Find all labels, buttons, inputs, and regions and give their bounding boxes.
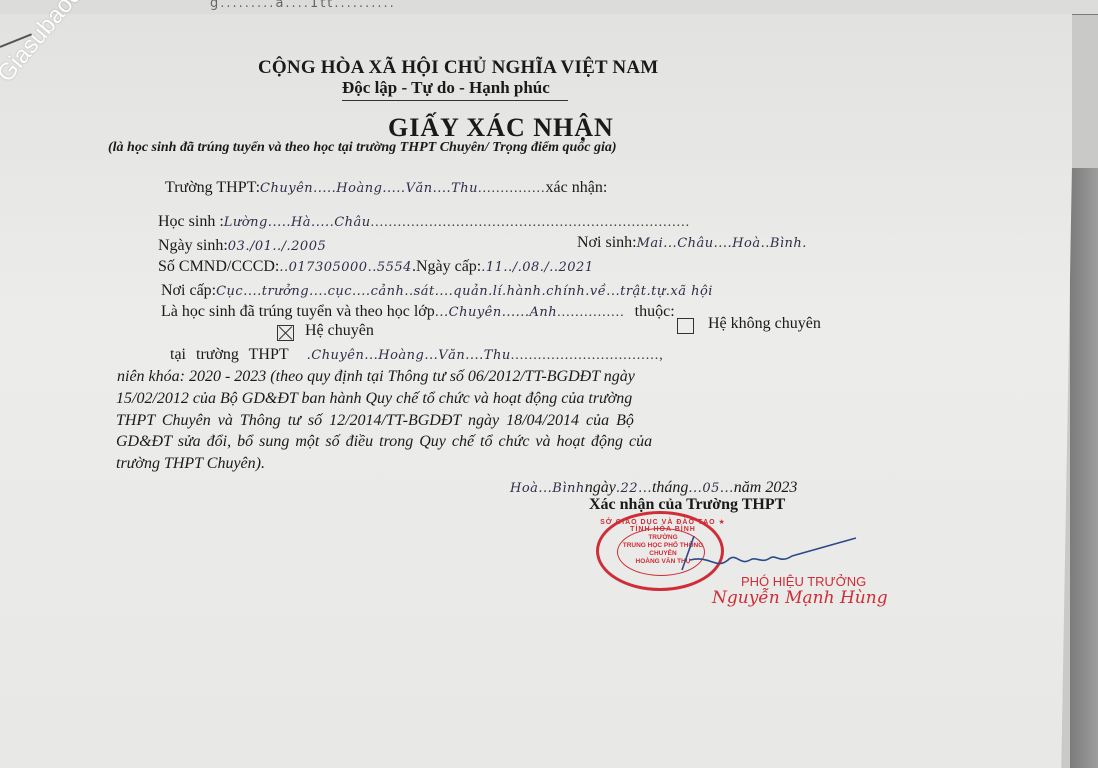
document-title: GIẤY XÁC NHẬN: [388, 113, 614, 143]
previous-page-edge: g.........a....1tt..........: [0, 0, 1098, 15]
nation-header: CỘNG HÒA XÃ HỘI CHỦ NGHĨA VIỆT NAM: [258, 57, 658, 79]
issue-date-label: .Ngày cấp:: [412, 258, 481, 275]
year-label: năm 2023: [734, 479, 798, 496]
at-school-label: tại trường THPT: [170, 346, 289, 363]
field-student: Học sinh :Lường.....Hà.....Châu.........…: [158, 213, 690, 231]
day-value: .22...: [616, 481, 652, 496]
paragraph-line: niên khóa: 2020 - 2023 (theo quy định tạ…: [117, 368, 635, 386]
motto: Độc lập - Tự do - Hạnh phúc: [342, 78, 550, 98]
field-id: Số CMND/CCCD:..017305000..5554.Ngày cấp:…: [158, 258, 594, 276]
id-label: Số CMND/CCCD:: [158, 258, 279, 275]
specialized-label: Hệ chuyên: [305, 322, 374, 340]
background-surface: [1070, 168, 1098, 768]
paragraph-text: THPT Chuyên và Thông tư số 12/2014/TT-BG…: [116, 412, 634, 429]
field-school: Trường THPT:Chuyên.....Hoàng.....Văn....…: [165, 179, 607, 197]
paragraph-text: GD&ĐT sửa đổi, bổ sung một số điều trong…: [116, 433, 652, 450]
school-label: Trường THPT:: [165, 179, 260, 196]
class-label: Là học sinh đã trúng tuyển và theo học l…: [161, 303, 435, 320]
dotted-fill: ...............: [557, 305, 625, 320]
date-place: Hoà...Bình: [510, 481, 585, 496]
confirm-heading: Xác nhận của Trường THPT: [589, 496, 785, 514]
issued-by-label: Nơi cấp:: [161, 282, 216, 299]
at-school-value: .Chuyên...Hoàng...Văn....Thu: [307, 348, 511, 363]
dob-label: Ngày sinh:: [158, 237, 228, 254]
non-specialized-label: Hệ không chuyên: [708, 315, 821, 333]
motto-underline: [342, 100, 568, 101]
paragraph-text: trường THPT Chuyên).: [116, 455, 265, 472]
day-label: ngày: [585, 479, 616, 496]
month-value: ...05...: [688, 481, 733, 496]
paragraph-text: 15/02/2012 của Bộ GD&ĐT ban hành Quy chế…: [116, 390, 632, 407]
paragraph-text: niên khóa: 2020 - 2023 (theo quy định tạ…: [117, 368, 635, 385]
student-value: Lường.....Hà.....Châu: [224, 215, 371, 230]
non-specialized-checkbox[interactable]: [677, 318, 694, 334]
paragraph-line: trường THPT Chuyên).: [116, 455, 265, 473]
student-label: Học sinh :: [158, 213, 224, 230]
dotted-fill: .................................,: [511, 348, 664, 363]
issue-date-value: .11../.08./..2021: [481, 260, 593, 275]
signer-role: PHÓ HIỆU TRƯỞNG: [741, 574, 866, 589]
school-suffix: xác nhận:: [546, 179, 608, 196]
field-issued-by: Nơi cấp:Cục....trưởng....cục....cảnh..sá…: [161, 282, 713, 300]
dob-value: 03./01../.2005: [228, 239, 326, 254]
specialized-checkbox[interactable]: [277, 325, 294, 341]
signer-name: Nguyễn Mạnh Hùng: [712, 588, 888, 608]
class-suffix: thuộc:: [635, 303, 675, 320]
issued-by-value: Cục....trưởng....cục....cảnh..sát....quả…: [216, 284, 713, 299]
pob-value: Mai...Châu....Hoà..Bình.: [637, 236, 807, 251]
document-subtitle: (là học sinh đã trúng tuyển và theo học …: [108, 140, 617, 156]
paragraph-line: THPT Chuyên và Thông tư số 12/2014/TT-BG…: [116, 412, 634, 430]
dotted-fill: ........................................…: [371, 215, 691, 230]
field-pob: Nơi sinh:Mai...Châu....Hoà..Bình.: [577, 234, 807, 252]
pob-label: Nơi sinh:: [577, 234, 637, 251]
field-dob: Ngày sinh:03./01../.2005: [158, 237, 326, 255]
school-value: Chuyên.....Hoàng.....Văn....Thu: [260, 181, 478, 196]
class-value: ...Chuyên......Anh: [435, 305, 557, 320]
signature-scribble: [680, 530, 860, 580]
previous-page-dots: g.........a....1tt..........: [210, 0, 396, 11]
date-line: Hoà...Bìnhngày.22...tháng...05...năm 202…: [510, 479, 797, 497]
paragraph-line: 15/02/2012 của Bộ GD&ĐT ban hành Quy chế…: [116, 390, 632, 408]
paragraph-line: GD&ĐT sửa đổi, bổ sung một số điều trong…: [116, 433, 652, 451]
dotted-fill: ...............: [478, 181, 546, 196]
field-class: Là học sinh đã trúng tuyển và theo học l…: [161, 303, 675, 321]
field-at-school: tại trường THPT .Chuyên...Hoàng...Văn...…: [170, 346, 664, 364]
month-label: tháng: [652, 479, 688, 496]
id-value: ..017305000..5554: [279, 260, 412, 275]
